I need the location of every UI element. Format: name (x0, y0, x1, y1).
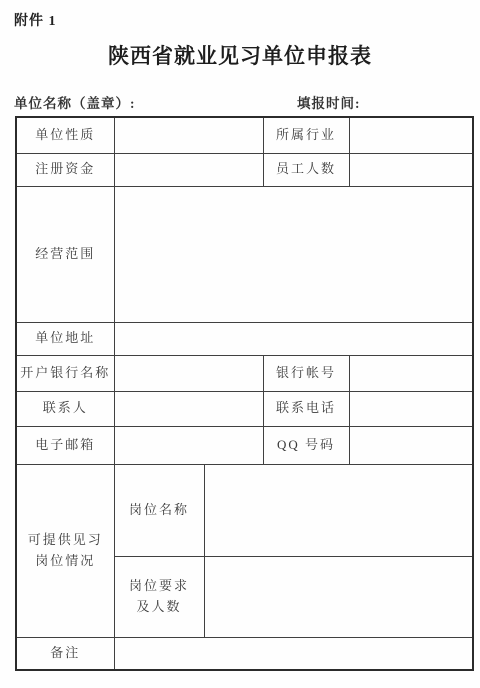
bank-account-label: 银行帐号 (263, 355, 349, 391)
row-contact: 联系人 联系电话 (16, 391, 473, 426)
business-scope-label: 经营范围 (16, 186, 114, 322)
registered-capital-value-cell (114, 153, 263, 186)
qq-number-value-cell (349, 426, 473, 464)
row-capital-employees: 注册资金 员工人数 (16, 153, 473, 186)
unit-address-label: 单位地址 (16, 322, 114, 355)
position-requirement-value-cell (204, 556, 473, 637)
email-value-cell (114, 426, 263, 464)
qq-number-label: QQ 号码 (263, 426, 349, 464)
unit-nature-value-cell (114, 117, 263, 153)
contact-person-value-cell (114, 391, 263, 426)
position-name-value-cell (204, 464, 473, 556)
row-remarks: 备注 (16, 637, 473, 670)
employee-count-label: 员工人数 (263, 153, 349, 186)
industry-label: 所属行业 (263, 117, 349, 153)
remarks-value-cell (114, 637, 473, 670)
bank-account-value-cell (349, 355, 473, 391)
row-unit-address: 单位地址 (16, 322, 473, 355)
position-name-label: 岗位名称 (114, 464, 204, 556)
row-email-qq: 电子邮箱 QQ 号码 (16, 426, 473, 464)
unit-nature-label: 单位性质 (16, 117, 114, 153)
employee-count-value-cell (349, 153, 473, 186)
business-scope-value-cell (114, 186, 473, 322)
remarks-label: 备注 (16, 637, 114, 670)
industry-value-cell (349, 117, 473, 153)
registered-capital-label: 注册资金 (16, 153, 114, 186)
contact-phone-label: 联系电话 (263, 391, 349, 426)
document-page: 附件 1 陕西省就业见习单位申报表 单位名称（盖章）: 填报时间: 单位性质 所… (0, 0, 480, 688)
internship-section-label: 可提供见习 岗位情况 (16, 464, 114, 637)
row-position-name: 可提供见习 岗位情况 岗位名称 (16, 464, 473, 556)
attachment-label: 附件 1 (14, 10, 57, 30)
bank-name-label: 开户银行名称 (16, 355, 114, 391)
email-label: 电子邮箱 (16, 426, 114, 464)
application-form-table: 单位性质 所属行业 注册资金 员工人数 经营范围 单位地址 开户银行名称 银行帐… (15, 116, 474, 671)
unit-address-value-cell (114, 322, 473, 355)
row-unit-nature-industry: 单位性质 所属行业 (16, 117, 473, 153)
bank-name-value-cell (114, 355, 263, 391)
contact-phone-value-cell (349, 391, 473, 426)
row-business-scope: 经营范围 (16, 186, 473, 322)
position-requirement-label: 岗位要求 及人数 (114, 556, 204, 637)
unit-name-seal-label: 单位名称（盖章）: (14, 92, 136, 112)
form-title: 陕西省就业见习单位申报表 (0, 40, 480, 70)
row-bank: 开户银行名称 银行帐号 (16, 355, 473, 391)
fill-time-label: 填报时间: (297, 92, 361, 112)
contact-person-label: 联系人 (16, 391, 114, 426)
